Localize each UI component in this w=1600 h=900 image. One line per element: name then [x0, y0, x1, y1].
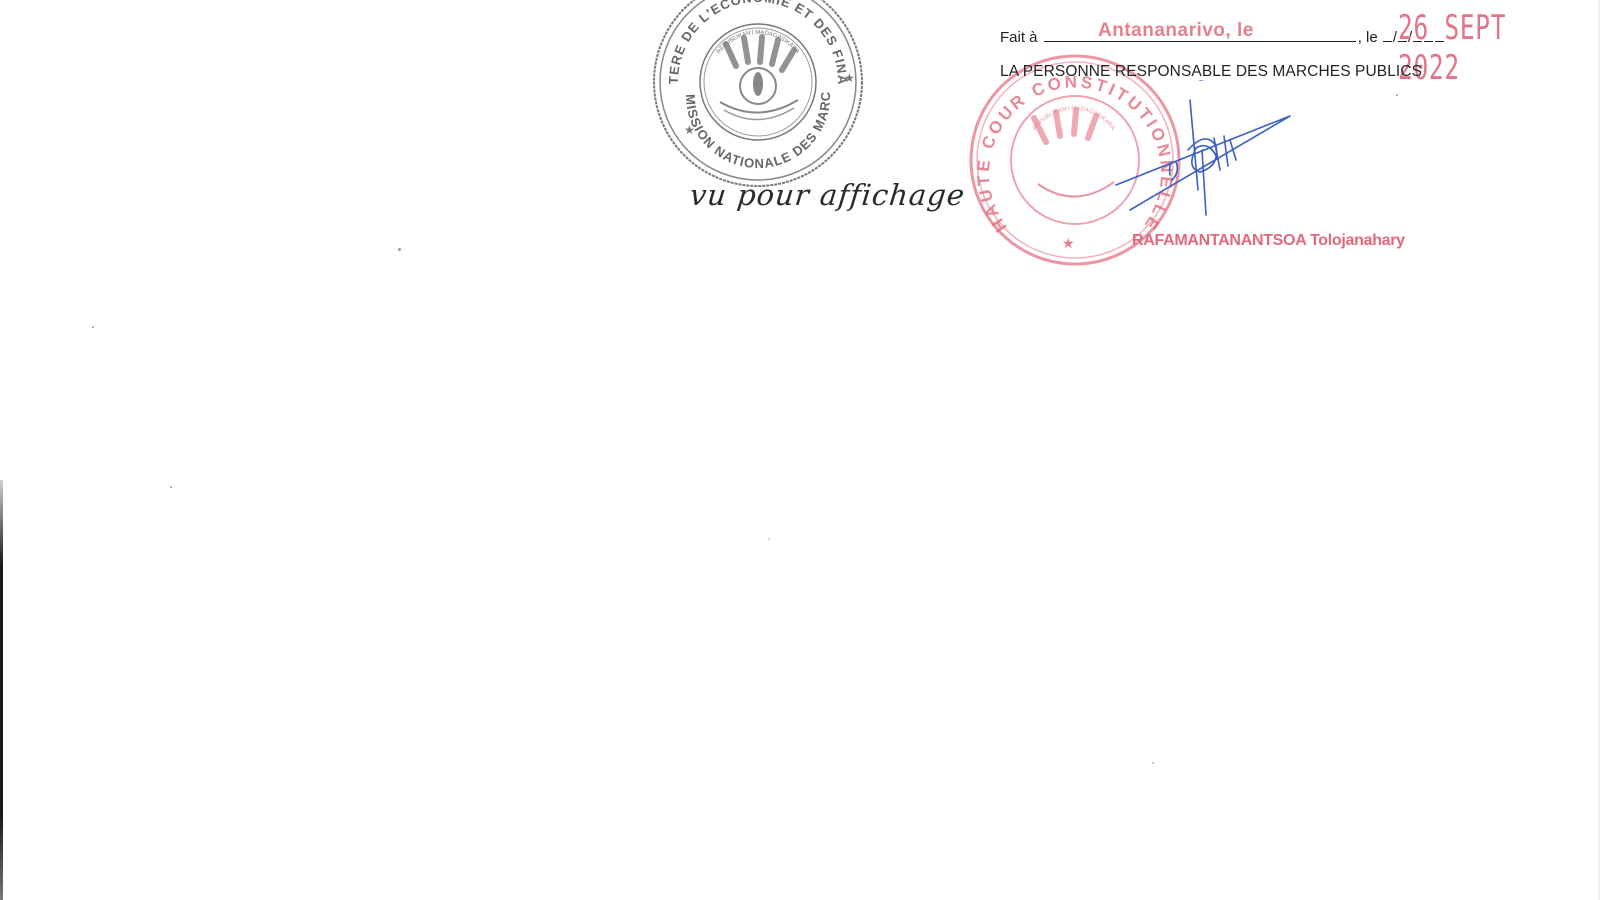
handwritten-note: vu pour affichage	[688, 178, 967, 212]
cnm-top-text: MINISTERE DE L'ECONOMIE ET DES FINANCES	[648, 0, 850, 85]
scan-speck	[92, 326, 94, 328]
scan-speck	[1152, 762, 1154, 764]
city-stamp: Antananarivo, le	[1098, 20, 1254, 42]
scan-edge-left	[0, 480, 3, 900]
signer-name: RAFAMANTANANTSOA Tolojanahary	[1132, 232, 1405, 250]
scan-speck	[1396, 94, 1398, 96]
svg-text:MINISTERE DE L'ECONOMIE ET DES: MINISTERE DE L'ECONOMIE ET DES FINANCES	[648, 0, 850, 85]
responsible-title: LA PERSONNE RESPONSABLE DES MARCHES PUBL…	[1000, 63, 1422, 81]
scan-speck	[170, 486, 172, 488]
cnm-seal-stamp: MINISTERE DE L'ECONOMIE ET DES FINANCES …	[648, 0, 868, 190]
svg-text:★: ★	[844, 71, 855, 85]
date-label: , le	[1358, 29, 1378, 46]
place-label: Fait à	[1000, 29, 1038, 46]
scan-speck	[768, 538, 770, 540]
signature	[1110, 80, 1310, 225]
svg-text:★: ★	[684, 123, 695, 137]
scan-speck	[398, 248, 401, 251]
svg-text:★: ★	[1062, 235, 1075, 251]
